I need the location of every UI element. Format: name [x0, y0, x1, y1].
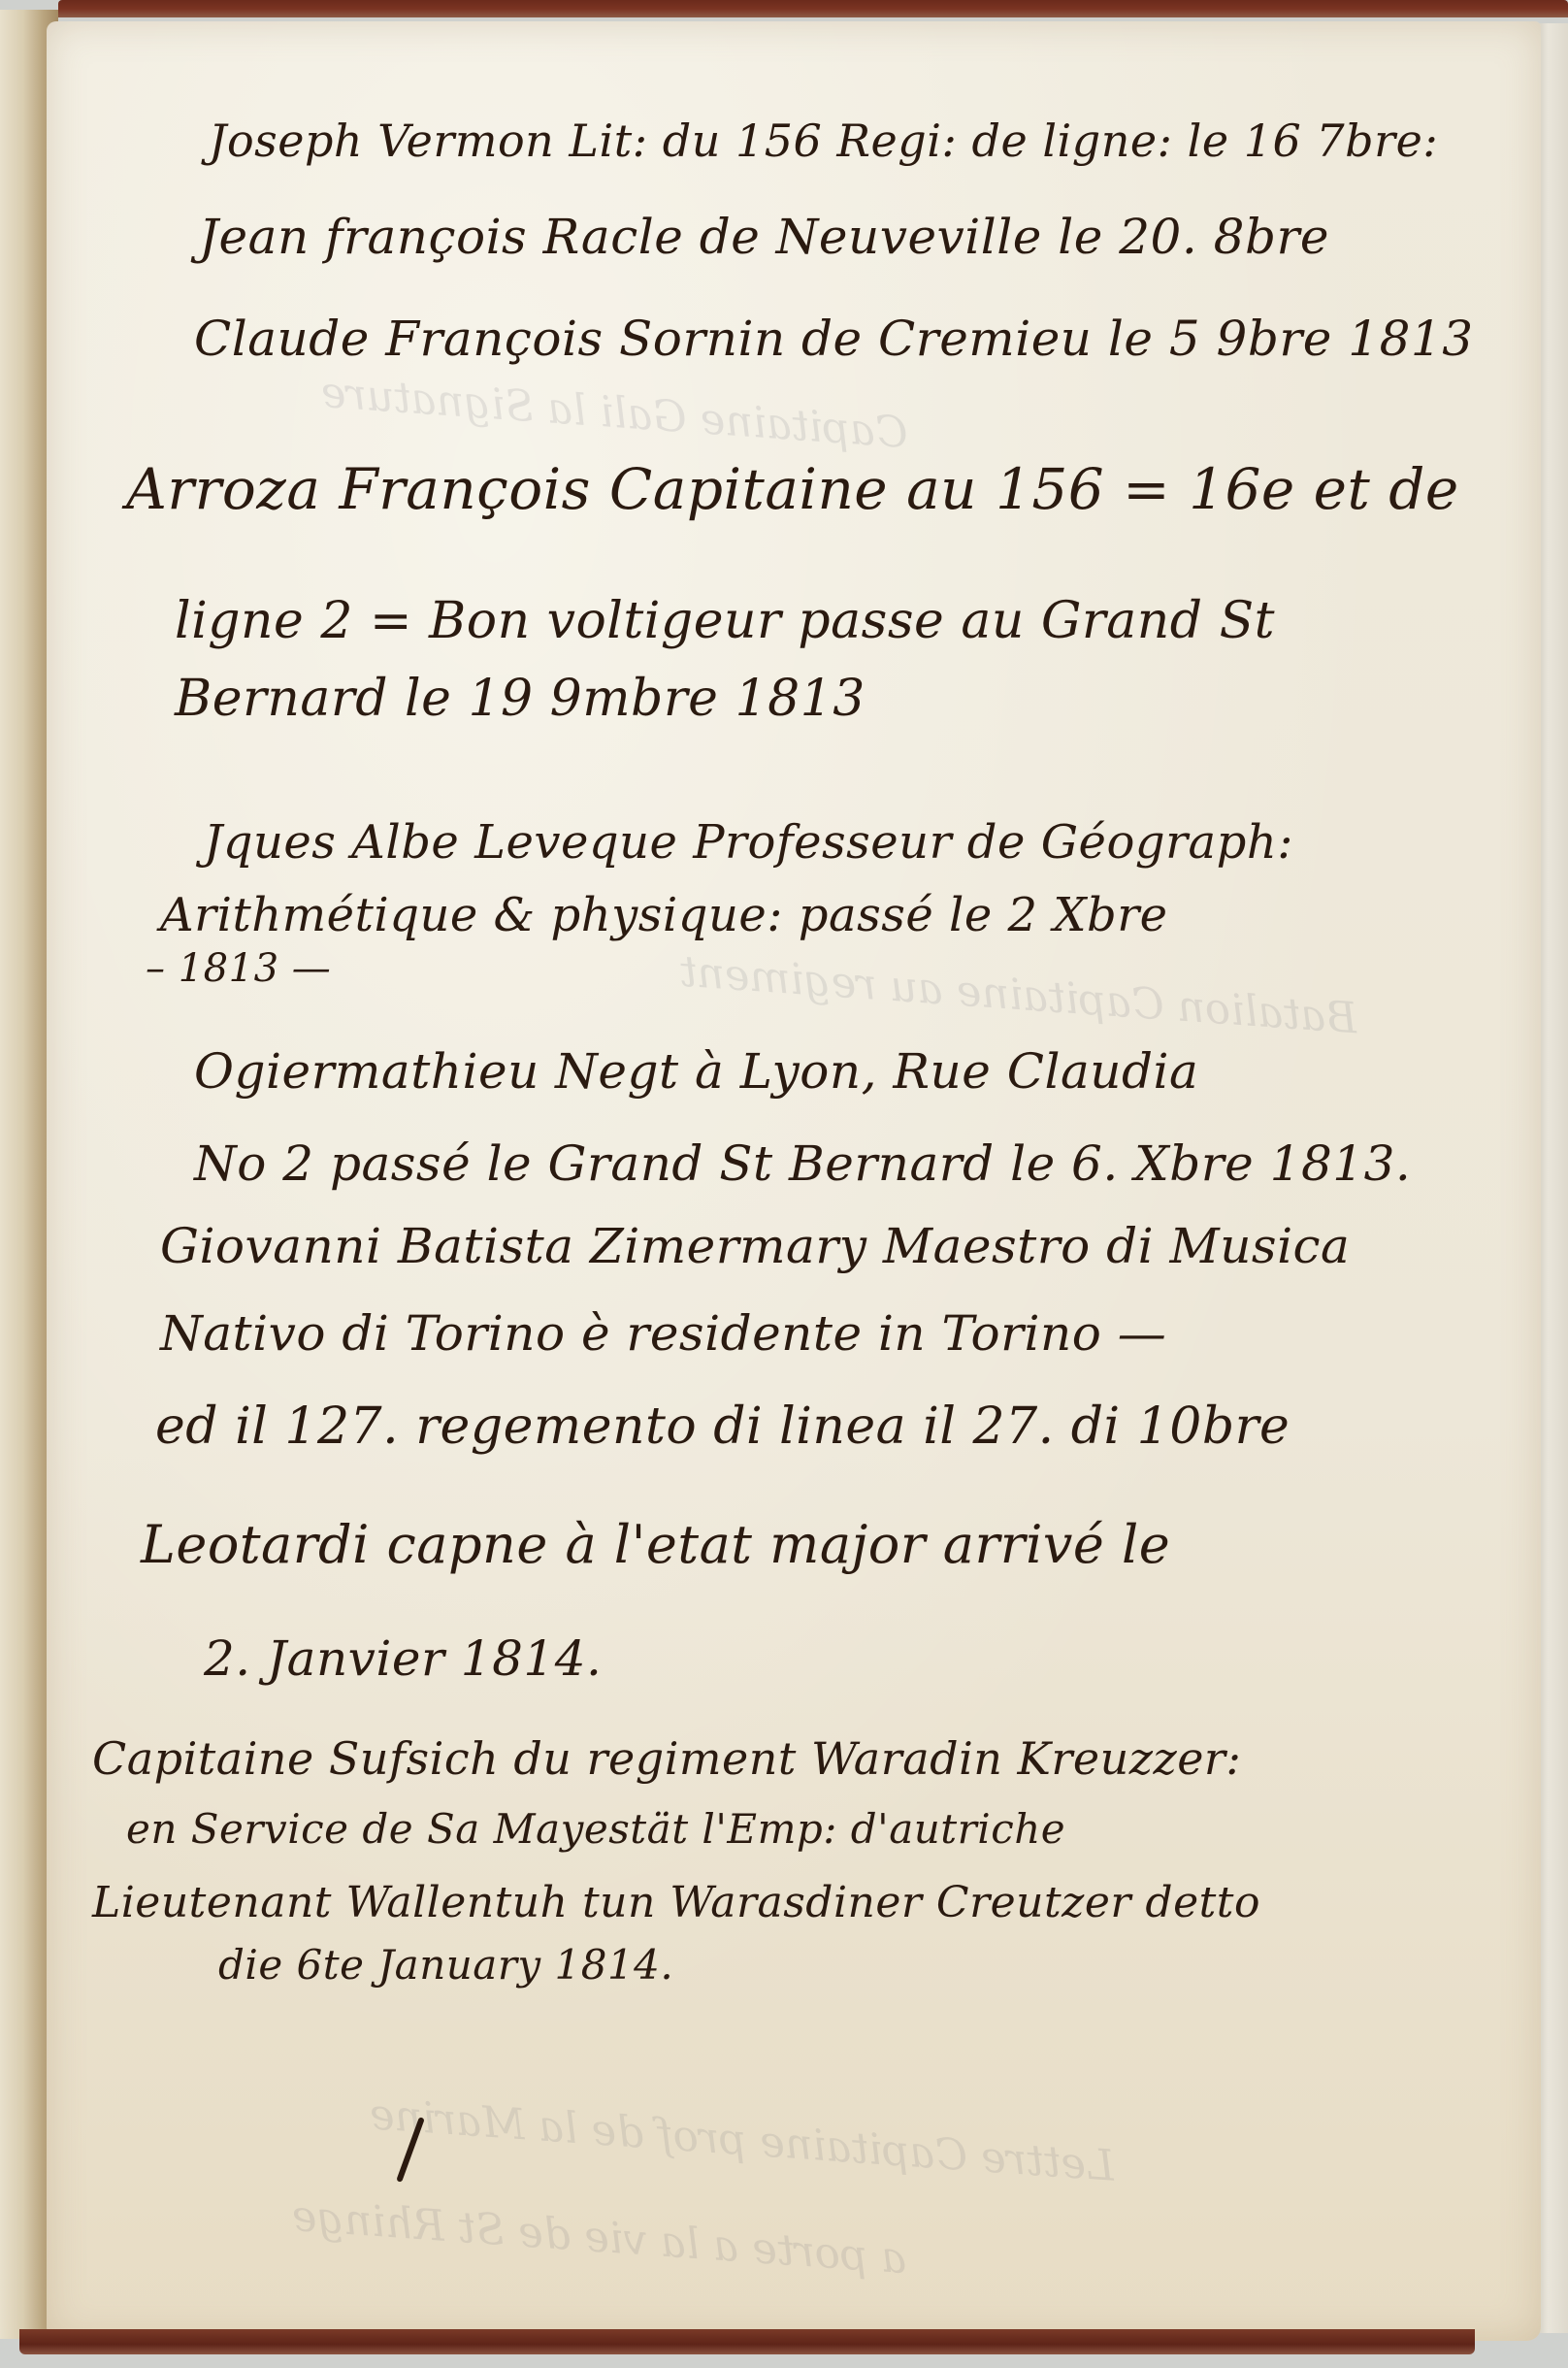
entry-line: Nativo di Torino è residente in Torino —	[160, 1305, 1166, 1362]
entry-line: Jean françois Racle de Neuveville le 20.…	[199, 209, 1329, 265]
entry-line: Leotardi capne à l'etat major arrivé le	[141, 1514, 1170, 1575]
entry-line: Bernard le 19 9mbre 1813	[175, 670, 866, 728]
entry-line: Lieutenant Wallentuh tun Warasdiner Creu…	[92, 1878, 1260, 1927]
entry-line: 2. Janvier 1814.	[204, 1630, 602, 1687]
entry-line: Arroza François Capitaine au 156 = 16e e…	[126, 456, 1459, 522]
entry-line: No 2 passé le Grand St Bernard le 6. Xbr…	[194, 1135, 1411, 1192]
entry-line: Arithmétique & physique: passé le 2 Xbre	[160, 888, 1168, 942]
entry-line: Giovanni Batista Zimermary Maestro di Mu…	[160, 1218, 1350, 1274]
entry-line: Ogiermathieu Negt à Lyon, Rue Claudia	[194, 1043, 1198, 1100]
entry-line: die 6te January 1814.	[218, 1941, 673, 1989]
entry-line: Jques Albe Leveque Professeur de Géograp…	[204, 815, 1293, 870]
entry-line: ed il 127. regemento di linea il 27. di …	[155, 1398, 1290, 1456]
binding-bottom	[19, 2329, 1475, 2354]
entry-line: Claude François Sornin de Cremieu le 5 9…	[194, 311, 1474, 367]
entry-line: Capitaine Sufsich du regiment Waradin Kr…	[92, 1732, 1241, 1785]
binding-top	[58, 0, 1568, 17]
entry-line: en Service de Sa Mayestät l'Emp: d'autri…	[126, 1805, 1065, 1853]
next-page-edge	[1537, 23, 1568, 2333]
entry-line: ligne 2 = Bon voltigeur passe au Grand S…	[175, 592, 1275, 650]
entry-line: – 1813 —	[146, 946, 331, 991]
entry-line: Joseph Vermon Lit: du 156 Regi: de ligne…	[209, 115, 1438, 167]
scanned-manuscript: Capitaine Gali la Signature Batalion Cap…	[0, 0, 1568, 2368]
